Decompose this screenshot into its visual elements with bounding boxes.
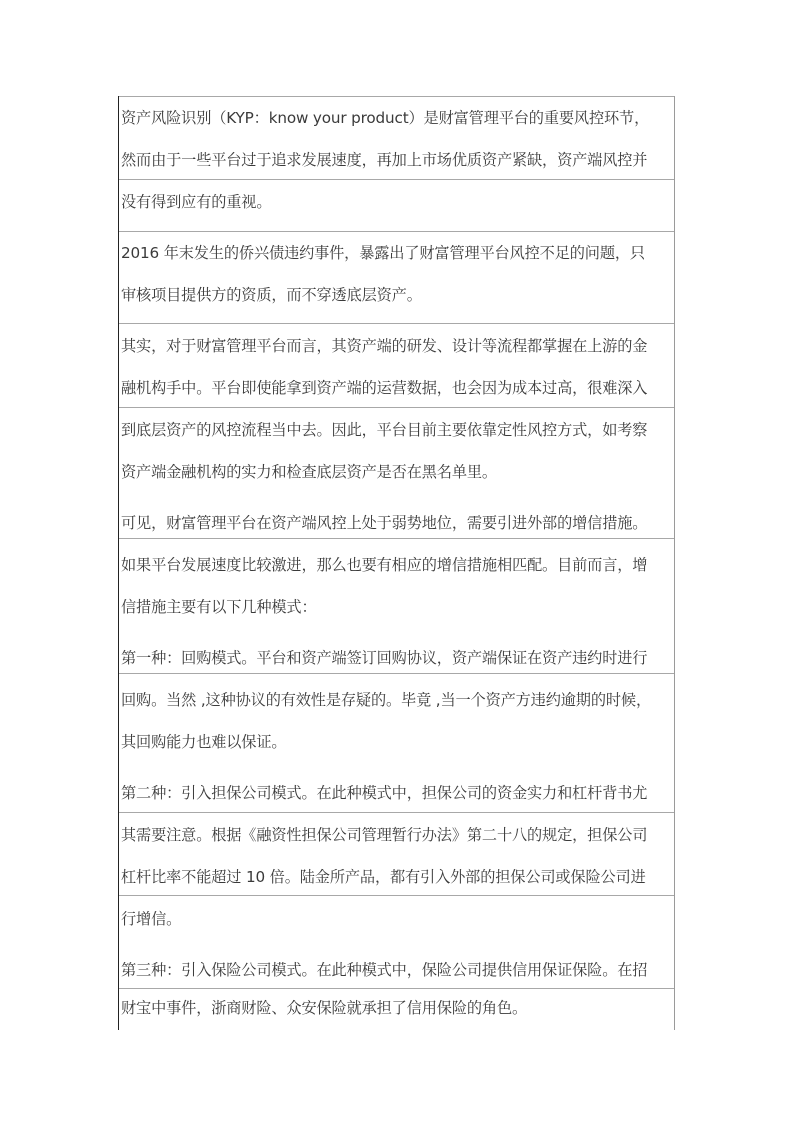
paragraph-weak-position-line: 可见，财富管理平台在资产端风控上处于弱势地位，需要引进外部的增信措施。 [121,513,647,533]
paragraph-weak-position-line: 如果平台发展速度比较激进，那么也要有相应的增信措施相匹配。目前而言，增 [121,555,647,575]
paragraph-mode-3-line: 财宝中事件，浙商财险、众安保险就承担了信用保险的角色。 [121,998,527,1018]
paragraph-mode-2-line: 杠杆比率不能超过 10 倍。陆金所产品，都有引入外部的担保公司或保险公司进 [121,867,646,887]
paragraph-mode-2-line: 行增信。 [121,909,181,929]
document-page: 资产风险识别（KYP：know your product）是财富管理平台的重要风… [118,96,675,1030]
paragraph-mode-3-line: 第三种：引入保险公司模式。在此种模式中，保险公司提供信用保证保险。在招 [121,960,647,980]
paragraph-qiaoxing-event-line: 审核项目提供方的资质，而不穿透底层资产。 [121,285,422,305]
rule [119,988,674,989]
paragraph-mode-2-line: 第二种：引入担保公司模式。在此种模式中，担保公司的资金实力和杠杆背书尤 [121,783,647,803]
rule [119,231,674,232]
rule [119,323,674,324]
rule [119,407,674,408]
paragraph-weak-position-line: 信措施主要有以下几种模式： [121,597,317,617]
paragraph-platform-position-line: 到底层资产的风控流程当中去。因此，平台目前主要依靠定性风控方式，如考察 [121,420,647,440]
rule [119,179,674,180]
rule [119,812,674,813]
rule [119,538,674,539]
rule [119,673,674,674]
paragraph-platform-position-line: 其实，对于财富管理平台而言，其资产端的研发、设计等流程都掌握在上游的金 [121,336,647,356]
paragraph-mode-2-line: 其需要注意。根据《融资性担保公司管理暂行办法》第二十八的规定，担保公司 [121,825,647,845]
paragraph-qiaoxing-event-line: 2016 年末发生的侨兴债违约事件，暴露出了财富管理平台风控不足的问题，只 [121,243,645,263]
rule-top [119,96,674,97]
paragraph-mode-1-line: 第一种：回购模式。平台和资产端签订回购协议，资产端保证在资产违约时进行 [121,648,647,668]
paragraph-platform-position-line: 资产端金融机构的实力和检查底层资产是否在黑名单里。 [121,462,497,482]
paragraph-platform-position-line: 融机构手中。平台即使能拿到资产端的运营数据，也会因为成本过高，很难深入 [121,378,647,398]
paragraph-kyp-intro-line: 然而由于一些平台过于追求发展速度，再加上市场优质资产紧缺，资产端风控并 [121,150,647,170]
paragraph-mode-1-line: 回购。当然 ,这种协议的有效性是存疑的。毕竟 ,当一个资产方违约逾期的时候， [121,690,651,710]
rule [119,895,674,896]
paragraph-mode-1-line: 其回购能力也难以保证。 [121,732,286,752]
paragraph-kyp-intro-line: 资产风险识别（KYP：know your product）是财富管理平台的重要风… [121,108,649,128]
paragraph-kyp-intro-line: 没有得到应有的重视。 [121,192,271,212]
